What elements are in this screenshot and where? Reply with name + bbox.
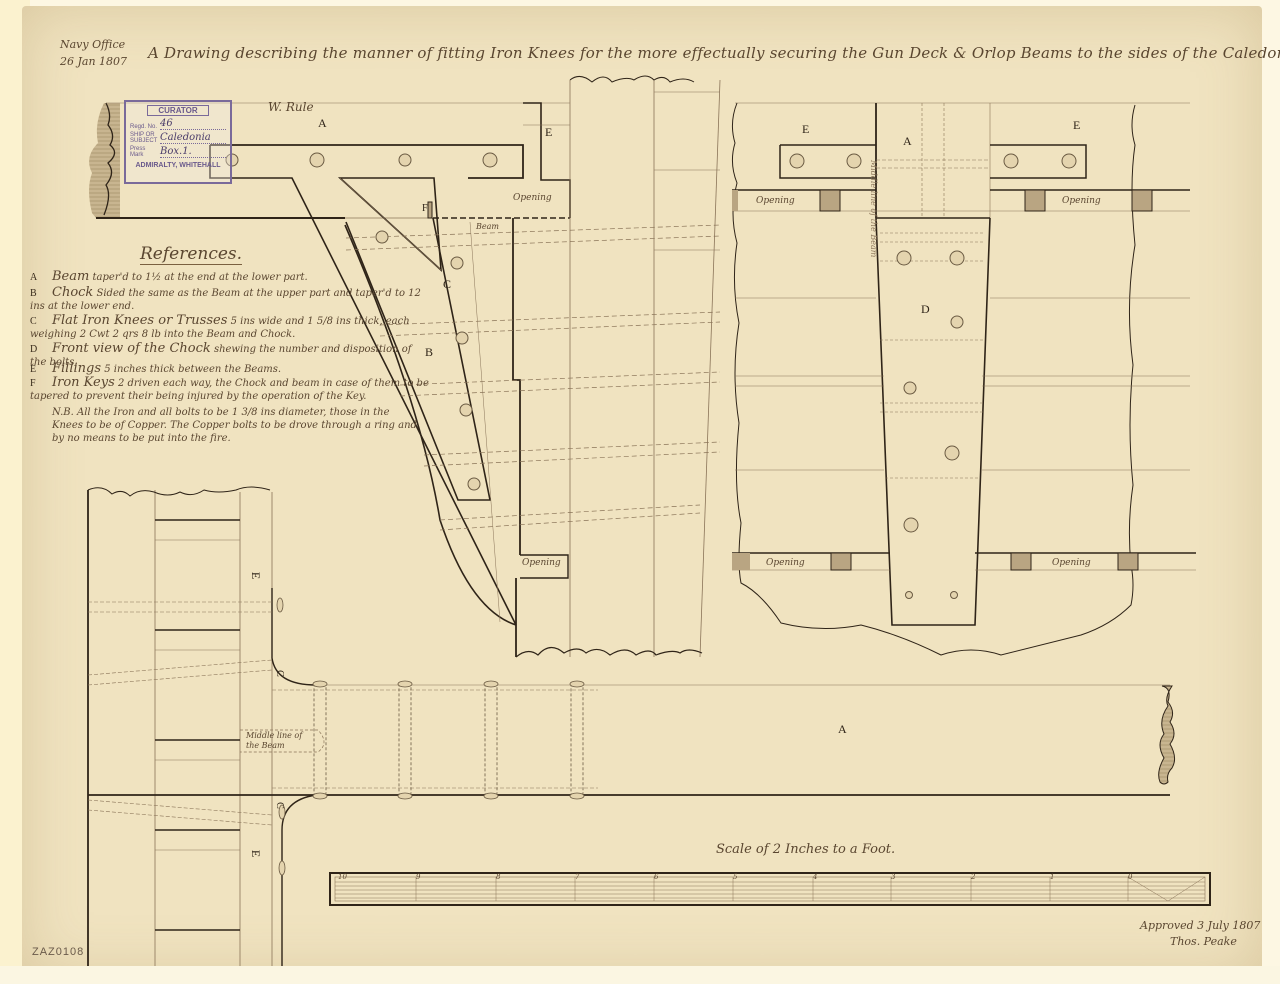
drawing-title: A Drawing describing the manner of fitti… (148, 44, 1280, 62)
reference-item: FIron Keys 2 driven each way, the Chock … (30, 376, 430, 403)
label-knee-c-bottom: C (274, 802, 285, 809)
reference-item: ABeam taper'd to 1½ at the end at the lo… (30, 270, 430, 284)
label-opening-br: Opening (1052, 558, 1091, 568)
office-note: Navy Office 26 Jan 1807 (60, 36, 127, 70)
signature-top: W. Rule (268, 100, 314, 114)
stamp-row-regd: Regd. No.46 (126, 118, 230, 130)
label-key-f: F (422, 203, 428, 214)
label-middle-line-plan: Middle line ofthe Beam (246, 731, 302, 751)
stamp-row-ship: SHIP OR SUBJECTCaledonia (126, 132, 230, 144)
approval-signature: Approved 3 July 1807 Thos. Peake (1140, 918, 1260, 950)
label-opening-bl: Opening (766, 558, 805, 568)
stamp-footer: ADMIRALTY, WHITEHALL (126, 162, 230, 169)
label-opening: Opening (513, 193, 552, 203)
label-filling-e-bottom: E (248, 850, 263, 857)
stamp-header: CURATOR (147, 105, 209, 116)
upper-right-front-view (732, 103, 1196, 655)
reference-item: EFillings 5 inches thick between the Bea… (30, 362, 430, 376)
label-knee-c-top: C (274, 670, 285, 677)
scale-title: Scale of 2 Inches to a Foot. (716, 842, 895, 857)
label-beam-a-plan: A (838, 722, 847, 737)
label-front-view-d: D (921, 302, 930, 317)
stamp-row-press: Press MarkBox.1. (126, 146, 230, 158)
curator-stamp: CURATOR Regd. No.46 SHIP OR SUBJECTCaled… (124, 100, 232, 184)
label-beam-a: A (318, 116, 327, 131)
label-beam-note: Beam (476, 222, 499, 231)
label-filling-e-top: E (248, 572, 263, 579)
reference-note: N.B. All the Iron and all bolts to be 1 … (52, 406, 422, 445)
label-knee-c: C (443, 277, 451, 292)
label-opening-lower: Opening (522, 558, 561, 568)
label-filling-e-right: E (1073, 118, 1080, 133)
label-filling-e: E (545, 125, 552, 140)
label-opening-tl: Opening (756, 196, 795, 206)
scale-bar (330, 873, 1210, 905)
label-beam-a-front: A (903, 134, 912, 149)
reference-item: CFlat Iron Knees or Trusses 5 ins wide a… (30, 314, 430, 341)
label-filling-e-left: E (802, 122, 809, 137)
label-middle-line: Middle line of the Beam (869, 160, 878, 257)
references-heading: References. (140, 244, 242, 265)
catalogue-id: ZAZ0108 (32, 946, 84, 958)
reference-item: BChock Sided the same as the Beam at the… (30, 286, 430, 313)
label-chock-b: B (425, 345, 433, 360)
label-opening-tr: Opening (1062, 196, 1101, 206)
